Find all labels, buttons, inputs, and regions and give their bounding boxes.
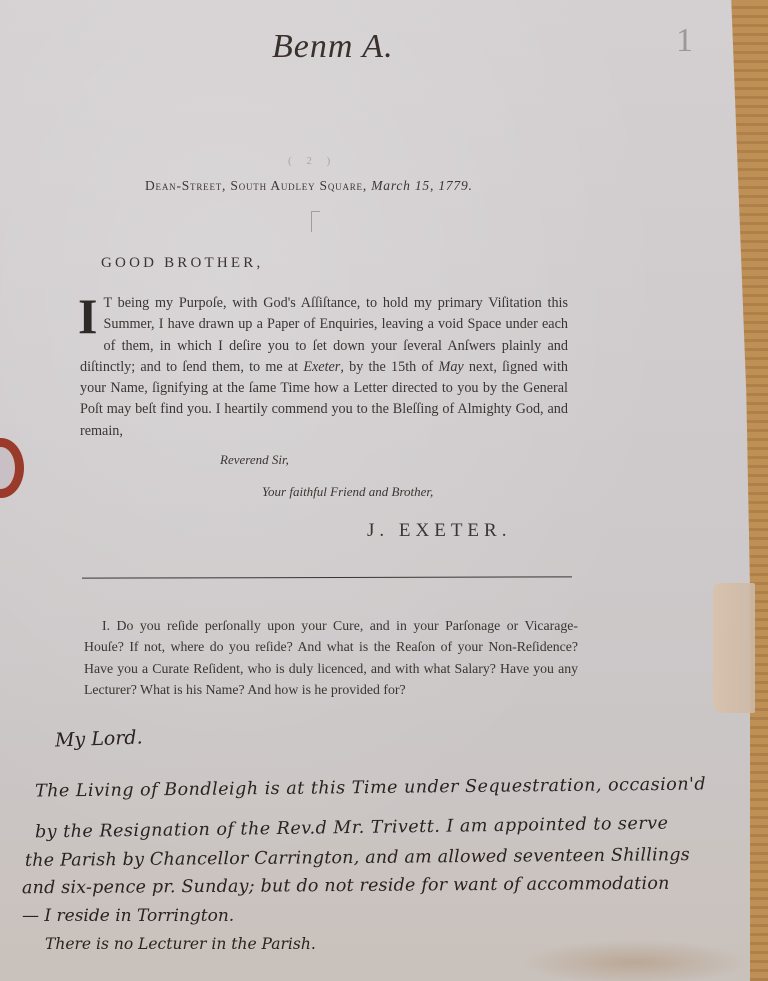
handwritten-line: There is no Lecturer in the Parish. — [45, 935, 316, 953]
valediction-reverend-sir: Reverend Sir, — [220, 452, 289, 468]
paper-repair-patch — [713, 583, 755, 713]
place-exeter: Exeter — [303, 359, 340, 375]
valediction-faithful-friend: Your faithful Friend and Brother, — [262, 484, 433, 500]
dateline-place: Dean-Street, South Audley Square, — [145, 178, 367, 193]
dateline: Dean-Street, South Audley Square, March … — [145, 178, 473, 194]
drop-cap: I — [78, 295, 97, 337]
signature-exeter: J. EXETER. — [367, 520, 511, 542]
query-1: I. Do you reſide perſonally upon your Cu… — [84, 615, 578, 700]
salutation: GOOD BROTHER, — [101, 255, 263, 272]
water-stain — [520, 940, 750, 981]
archive-reference: Benm A. — [272, 28, 394, 66]
letter-body: IT being my Purpoſe, with God's Aſſiſtan… — [80, 293, 568, 442]
handwritten-line: — I reside in Torrington. — [22, 906, 234, 926]
month-may: May — [439, 359, 464, 375]
handwritten-greeting: My Lord. — [55, 726, 143, 751]
pencil-tick-mark — [311, 211, 320, 232]
body-text-2: , by the 15th of — [340, 359, 438, 375]
dateline-date: March 15, 1779. — [371, 178, 473, 193]
page-number: ( 2 ) — [288, 155, 336, 167]
folio-number: 1 — [676, 22, 693, 60]
